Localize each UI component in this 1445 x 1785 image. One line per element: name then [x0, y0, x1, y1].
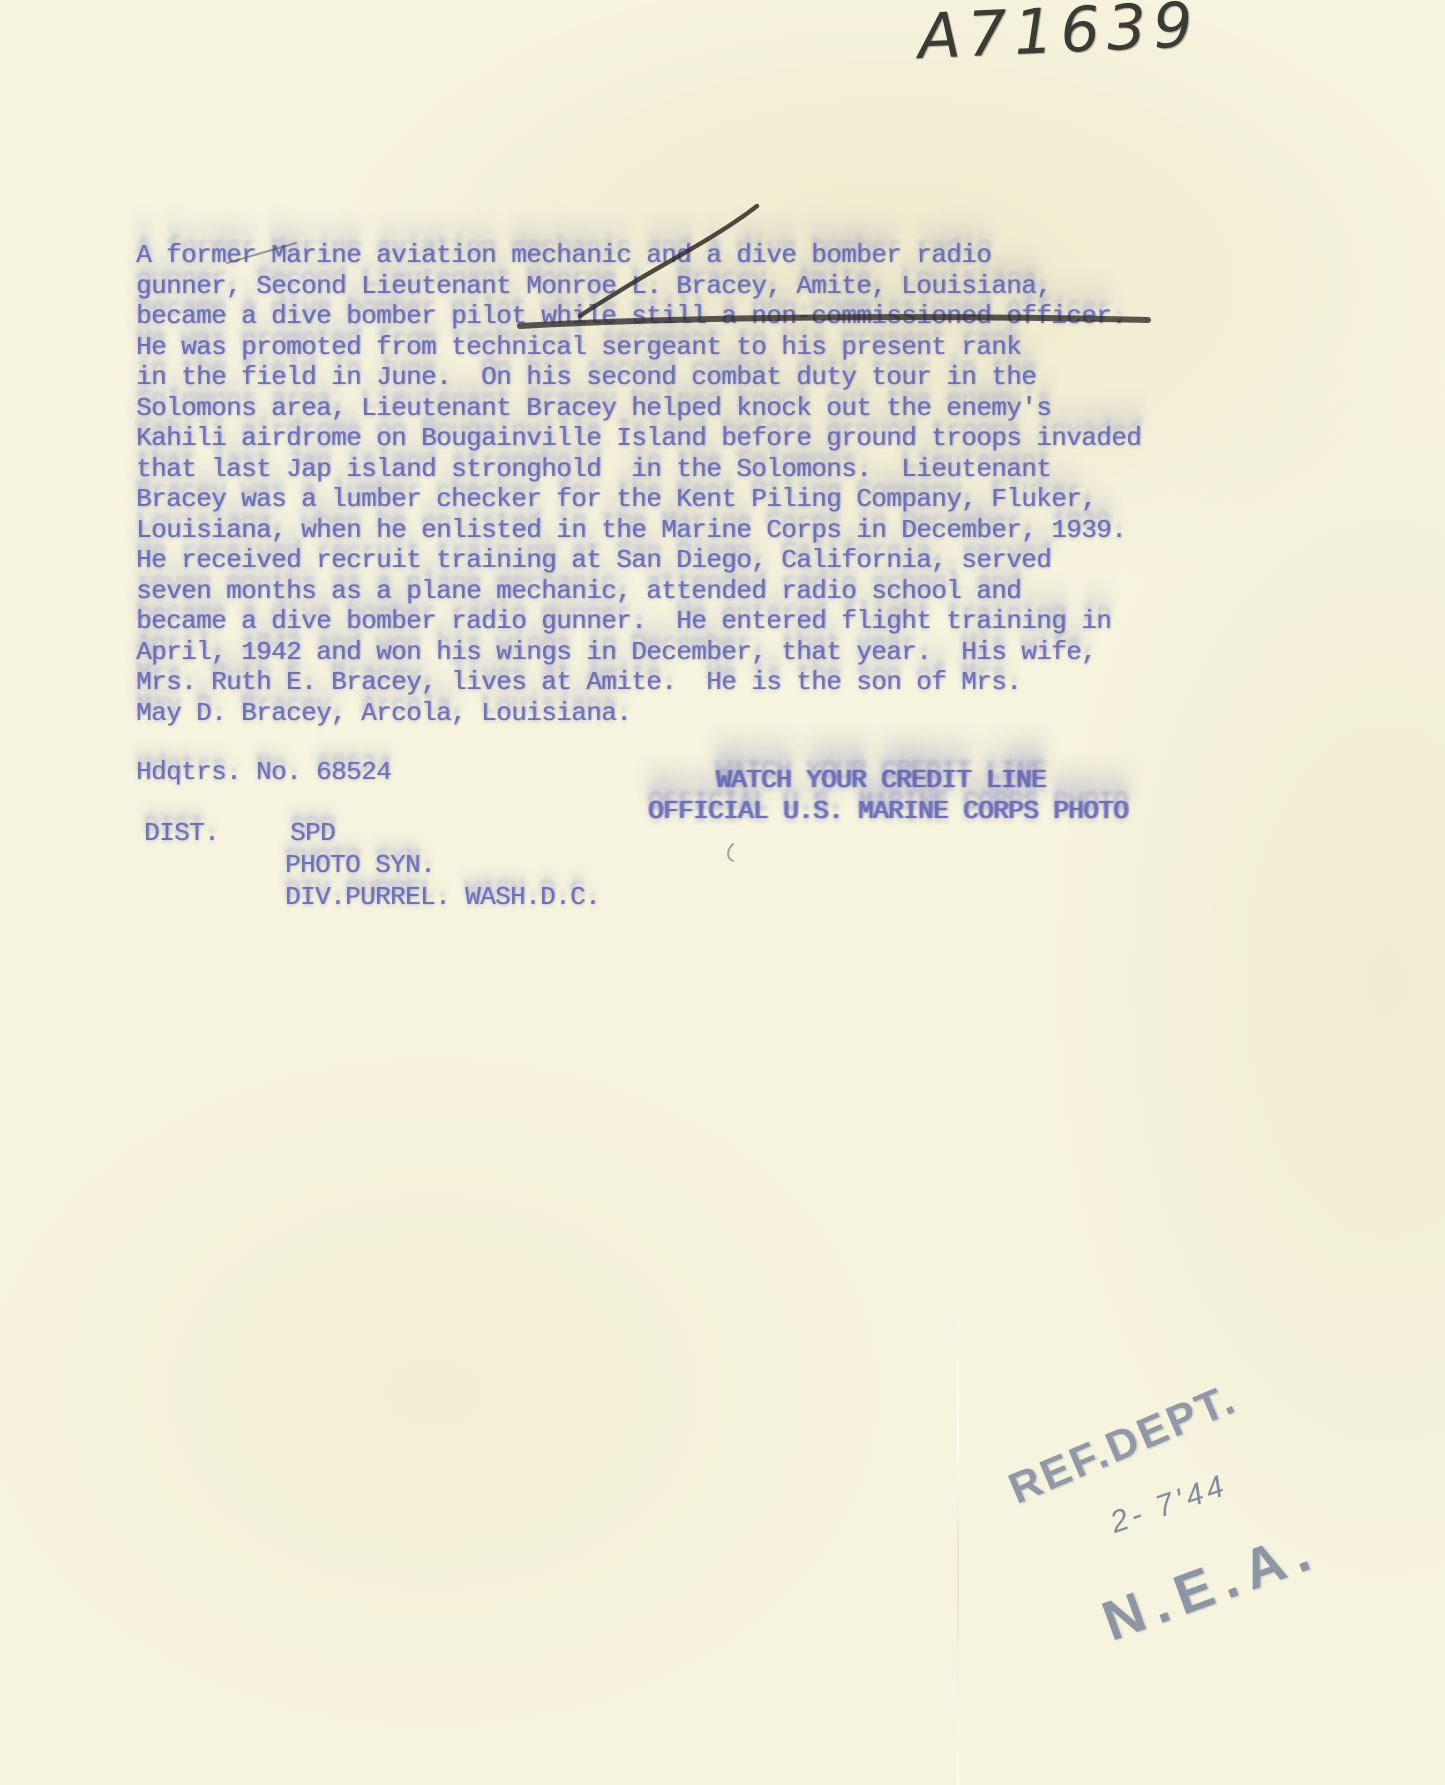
caption-line: He received recruit training at San Dieg… [136, 545, 1141, 576]
caption-line: Kahili airdrome on Bougainville Island b… [136, 423, 1141, 454]
caption-line: that last Jap island stronghold in the S… [136, 454, 1141, 485]
handwritten-id: A71639 [917, 0, 1202, 73]
caption-line: in the field in June. On his second comb… [136, 362, 1141, 393]
photo-caption-card: A71639 A former Marine aviation mechanic… [0, 0, 1445, 1785]
caption-line: He was promoted from technical sergeant … [136, 332, 1141, 363]
caption-line: became a dive bomber pilot while still a… [136, 301, 1141, 332]
hdqtrs-number: Hdqtrs. No. 68524 [136, 757, 391, 787]
caption-line: became a dive bomber radio gunner. He en… [136, 606, 1141, 637]
dist-label: DIST. [144, 818, 219, 848]
paper-crease [957, 1290, 959, 1785]
credit-line-1: WATCH YOUR CREDIT LINE [716, 765, 1046, 795]
dist-item: SPD [290, 818, 335, 848]
caption-line: Bracey was a lumber checker for the Kent… [136, 484, 1141, 515]
caption-line: May D. Bracey, Arcola, Louisiana. [136, 698, 1141, 729]
dist-item: PHOTO SYN. [285, 850, 435, 880]
dist-item: DIV.PURREL. WASH.D.C. [285, 882, 600, 912]
caption-line: gunner, Second Lieutenant Monroe L. Brac… [136, 271, 1141, 302]
caption-line: Solomons area, Lieutenant Bracey helped … [136, 393, 1141, 424]
caption-line: seven months as a plane mechanic, attend… [136, 576, 1141, 607]
date-stamp: 2- 7'44 [1105, 1467, 1232, 1541]
caption-line: Louisiana, when he enlisted in the Marin… [136, 515, 1141, 546]
caption-paragraph: A former Marine aviation mechanic and a … [136, 240, 1141, 728]
caption-line: Mrs. Ruth E. Bracey, lives at Amite. He … [136, 667, 1141, 698]
caption-line: A former Marine aviation mechanic and a … [136, 240, 1141, 271]
credit-line-2: OFFICIAL U.S. MARINE CORPS PHOTO [648, 796, 1128, 826]
caption-line: April, 1942 and won his wings in Decembe… [136, 637, 1141, 668]
